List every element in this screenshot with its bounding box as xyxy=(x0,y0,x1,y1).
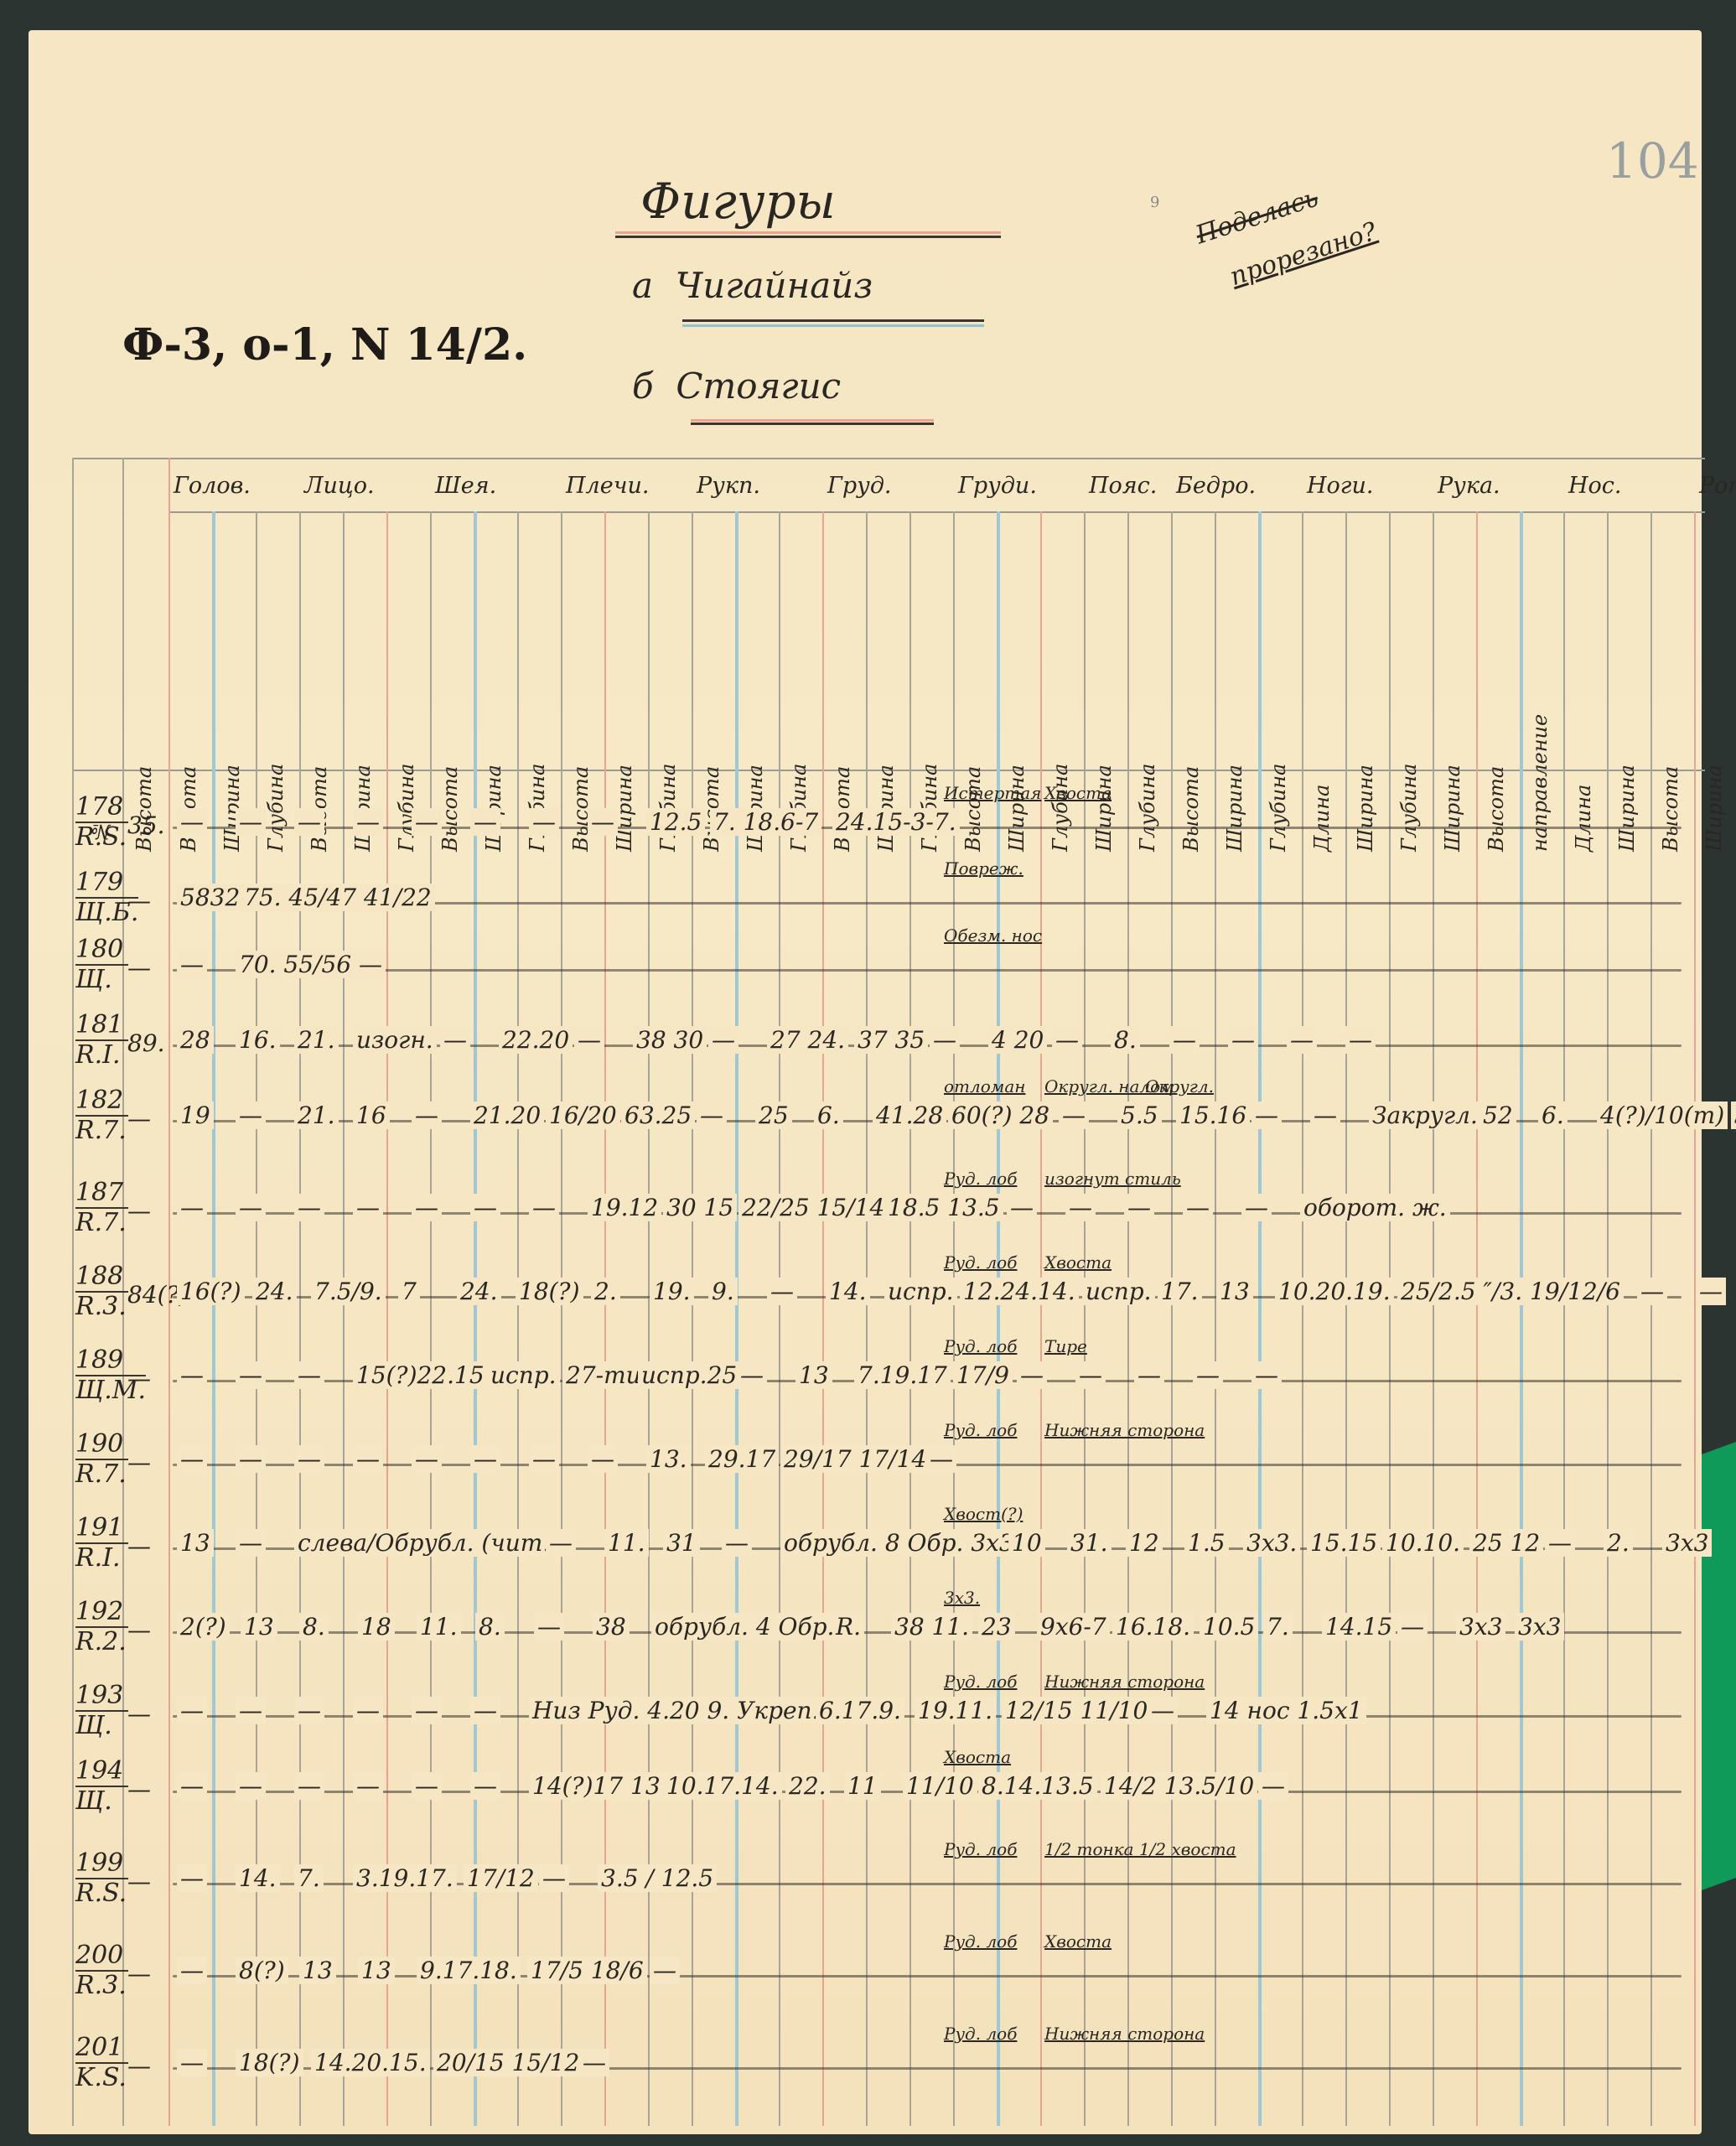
subtitle-a-marker: а xyxy=(632,265,653,306)
measurement-cell: — xyxy=(1007,1194,1037,1221)
height-value: 89. xyxy=(127,1029,165,1057)
measurement-cell: слева/Обрубл. (чит.) xyxy=(294,1529,562,1557)
measurement-cell: — xyxy=(294,1445,324,1473)
row-code: R.3. xyxy=(75,1971,127,2000)
measurement-cell: 21.20 xyxy=(470,1102,544,1129)
cell-annotation: Хвоста xyxy=(1044,783,1112,803)
measurement-cell: — xyxy=(177,2049,207,2076)
cell-annotation: Тире xyxy=(1044,1336,1087,1356)
measurement-cell: 18.5 13.5 xyxy=(884,1194,1003,1221)
sub-column-header: Ширина xyxy=(1223,550,1250,852)
cell-annotation: Обезм. нос xyxy=(944,925,1042,946)
measurement-cell: 38 xyxy=(593,1613,630,1641)
group-header: Голов. xyxy=(174,473,251,499)
sub-column-header: Глубина xyxy=(1267,550,1293,852)
sub-column-header: Глубина xyxy=(656,550,683,852)
cell-annotation: Руд. лоб xyxy=(944,1420,1017,1440)
measurement-cell: 19.11. xyxy=(915,1697,996,1724)
measurement-cell: — xyxy=(236,1194,266,1221)
column-rule xyxy=(72,458,74,2126)
measurement-cell: — xyxy=(1124,1194,1154,1221)
measurement-cell: 2(?) xyxy=(177,1613,230,1641)
measurement-cell: — xyxy=(529,1194,559,1221)
table-top-rule xyxy=(72,458,1705,459)
sub-column-header: Ширина xyxy=(1005,550,1032,852)
measurement-cell: 15.16 xyxy=(1176,1102,1250,1129)
measurement-cell: — xyxy=(353,1194,383,1221)
measurement-cell: — xyxy=(1241,1194,1272,1221)
measurement-cell: 25/2.5 ″/3. 19/12/6 xyxy=(1397,1278,1624,1305)
measurement-cell: 1.5 xyxy=(1184,1529,1229,1557)
group-header: Груди. xyxy=(958,473,1037,499)
row-code: R.7. xyxy=(75,1116,127,1145)
measurement-cell: 29/17 17/14 xyxy=(780,1445,930,1473)
measurement-cell: — xyxy=(1169,1026,1200,1054)
sub-column-header: Глубина xyxy=(526,550,552,852)
sub-column-header: Высота xyxy=(1659,550,1686,852)
measurement-cell: 13. xyxy=(646,1445,691,1473)
measurement-cell: — xyxy=(529,808,559,836)
group-header: Бедро. xyxy=(1176,473,1256,499)
measurement-cell: — xyxy=(1397,1613,1428,1641)
cell-annotation: Руд. лоб xyxy=(944,1931,1017,1952)
cell-annotation: Округл. xyxy=(1145,1076,1214,1096)
sub-column-header: Ширина xyxy=(1615,550,1642,852)
measurement-cell: 8. xyxy=(299,1613,329,1641)
measurement-cell: 19. xyxy=(650,1278,694,1305)
measurement-cell: — xyxy=(588,808,618,836)
measurement-cell: 19 xyxy=(177,1102,214,1129)
row-number: 181 xyxy=(75,1011,128,1041)
measurement-cell: 8.14.13.5 xyxy=(978,1772,1097,1800)
document-title: Фигуры xyxy=(640,173,836,230)
measurement-cell: 7. xyxy=(294,1864,324,1892)
measurement-cell: — xyxy=(412,1194,442,1221)
group-header: Лицо. xyxy=(304,473,375,499)
measurement-cell: 12.24.14. xyxy=(960,1278,1079,1305)
cell-annotation: Руд. лоб xyxy=(944,1672,1017,1692)
measurement-cell: — xyxy=(767,1278,797,1305)
group-header: Рука. xyxy=(1438,473,1500,499)
measurement-cell: 75. 45/47 41/22 xyxy=(241,884,435,911)
measurement-cell: 3x3 xyxy=(1731,1102,1736,1129)
measurement-cell: 14. xyxy=(826,1278,870,1305)
height-value: — xyxy=(127,1616,151,1644)
measurement-cell: — xyxy=(1017,1361,1047,1389)
measurement-cell: — xyxy=(1258,1772,1288,1800)
sub-column-header: Высота xyxy=(1179,550,1206,852)
measurement-cell: 38 30 xyxy=(633,1026,707,1054)
measurement-cell: — xyxy=(236,808,266,836)
measurement-cell: — xyxy=(546,1529,576,1557)
row-number: 190 xyxy=(75,1430,128,1460)
cell-annotation: Руд. лоб xyxy=(944,1839,1017,1859)
measurement-cell: 12.5 xyxy=(646,808,705,836)
sub-column-header: Ширина xyxy=(482,550,509,852)
row-number: 201 xyxy=(75,2034,128,2064)
measurement-cell: 14.15 xyxy=(1322,1613,1396,1641)
measurement-cell: 25 xyxy=(755,1102,792,1129)
subtitle-b-text: Стоягис xyxy=(676,365,841,407)
cell-annotation: Руд. лоб xyxy=(944,2024,1017,2044)
sub-column-header: Глубина xyxy=(1049,550,1075,852)
row-identifier: 180Щ. xyxy=(75,936,128,994)
measurement-cell: 14/2 13.5/10 xyxy=(1101,1772,1257,1800)
measurement-cell: 9.17.18. xyxy=(417,1957,521,1984)
row-number: 199 xyxy=(75,1849,128,1879)
row-identifier: 200R.3. xyxy=(75,1941,128,2000)
measurement-cell: — xyxy=(579,2049,609,2076)
measurement-cell: 3.19.17. xyxy=(353,1864,457,1892)
measurement-cell: 12 xyxy=(1126,1529,1163,1557)
measurement-cell: 25 12 xyxy=(1469,1529,1543,1557)
cell-annotation: Нижняя сторона xyxy=(1044,1672,1205,1692)
sub-column-header: Глубина xyxy=(918,550,945,852)
measurement-cell: 17/12 xyxy=(464,1864,538,1892)
measurement-cell: — xyxy=(412,1445,442,1473)
measurement-cell: 13 xyxy=(299,1957,336,1984)
measurement-cell: 9x6-7 xyxy=(1037,1613,1110,1641)
measurement-cell: 29.17 xyxy=(705,1445,779,1473)
row-code: Щ. xyxy=(75,1786,112,1816)
measurement-cell: — xyxy=(574,1026,604,1054)
row-identifier: 188R.3. xyxy=(75,1262,128,1321)
height-value: — xyxy=(127,1868,151,1895)
measurement-cell: 37 35 xyxy=(854,1026,928,1054)
row-number: 188 xyxy=(75,1262,128,1293)
cell-annotation: Хвост(?) xyxy=(944,1504,1023,1524)
measurement-cell: 10 xyxy=(1008,1529,1045,1557)
sub-column-header: Ширина xyxy=(1702,550,1729,852)
measurement-cell: — xyxy=(470,1445,500,1473)
sub-column-header: Высота xyxy=(1485,550,1511,852)
measurement-cell: 17/5 18/6 xyxy=(527,1957,647,1984)
measurement-cell: 13 xyxy=(177,1529,214,1557)
measurement-cell: — xyxy=(236,1697,266,1724)
row-identifier: 193Щ. xyxy=(75,1682,128,1740)
group-header: Пояс. xyxy=(1089,473,1157,499)
row-code: R.3. xyxy=(75,1292,127,1321)
sub-column-header: Высота xyxy=(961,550,988,852)
measurement-cell: — xyxy=(177,1361,207,1389)
sub-column-header: Глубина xyxy=(787,550,814,852)
sub-column-header: Ширина xyxy=(744,550,770,852)
measurement-cell: 60(?) 28 xyxy=(948,1102,1053,1129)
measurement-cell: — xyxy=(177,1194,207,1221)
measurement-cell: 7. xyxy=(1263,1613,1293,1641)
measurement-cell: 31 xyxy=(663,1529,700,1557)
measurement-cell: — xyxy=(177,1445,207,1473)
measurement-cell: 2. xyxy=(1604,1529,1633,1557)
cell-annotation: Руд. лоб xyxy=(944,1336,1017,1356)
measurement-cell: — xyxy=(926,1445,956,1473)
height-value: — xyxy=(127,2052,151,2080)
measurement-cell: 14. xyxy=(236,1864,280,1892)
sub-column-header: направление xyxy=(1528,550,1555,852)
subtitle-b: б Стоягис xyxy=(632,365,841,407)
measurement-cell: 16. xyxy=(236,1026,280,1054)
measurement-cell: 7 xyxy=(398,1278,420,1305)
row-number: 200 xyxy=(75,1941,128,1972)
height-value: — xyxy=(127,1105,151,1133)
cell-annotation: Руд. лоб xyxy=(944,1169,1017,1189)
measurement-cell: — xyxy=(412,1102,442,1129)
row-code: Щ. xyxy=(75,1711,112,1740)
measurement-cell: — xyxy=(470,1697,500,1724)
measurement-cell: — xyxy=(294,1361,324,1389)
sub-column-header: Высота xyxy=(308,550,334,852)
measurement-cell: 22.20 xyxy=(499,1026,573,1054)
measurement-cell: — xyxy=(1052,1026,1082,1054)
sub-column-header: Глубина xyxy=(264,550,291,852)
measurement-cell: 3x3 xyxy=(1515,1613,1564,1641)
measurement-cell: — xyxy=(737,1361,767,1389)
page-number: 104 xyxy=(1606,132,1699,189)
row-identifier: 191R.I. xyxy=(75,1514,128,1573)
height-value: — xyxy=(127,1197,151,1225)
measurement-cell: 41.28 xyxy=(873,1102,946,1129)
measurement-cell: — xyxy=(650,1957,680,1984)
measurement-cell: 16(?) xyxy=(177,1278,245,1305)
measurement-cell: Закругл. xyxy=(1369,1102,1481,1129)
sub-column-header: Ширина xyxy=(220,550,247,852)
sub-column-header: Длина xyxy=(1310,550,1337,852)
measurement-cell: — xyxy=(588,1445,618,1473)
measurement-cell: 3x3 xyxy=(1456,1613,1505,1641)
row-code: R.S. xyxy=(75,822,127,852)
measurement-cell: — xyxy=(412,808,442,836)
measurement-cell: 13 xyxy=(358,1957,395,1984)
measurement-cell: — xyxy=(470,1194,500,1221)
measurement-cell: 5832 xyxy=(177,884,243,911)
measurement-cell: — xyxy=(177,1957,207,1984)
subtitle-a-underline xyxy=(682,319,984,322)
measurement-cell: испр. xyxy=(1082,1278,1155,1305)
measurement-cell: 15(?)22.15 xyxy=(353,1361,488,1389)
measurement-cell: 6.17.9. xyxy=(816,1697,904,1724)
measurement-cell: 10.20.19. xyxy=(1275,1278,1394,1305)
group-header: Рот. xyxy=(1699,473,1736,499)
measurement-cell: 24.15-3-7. xyxy=(832,808,960,836)
measurement-cell: 21. xyxy=(294,1102,339,1129)
measurement-cell: — xyxy=(1134,1361,1164,1389)
measurement-cell: — xyxy=(1075,1361,1106,1389)
row-number: 178 xyxy=(75,793,128,823)
measurement-cell: 20/15 15/12 xyxy=(433,2049,583,2076)
measurement-cell: 6. xyxy=(1538,1102,1568,1129)
height-value: — xyxy=(127,887,151,915)
measurement-cell: — xyxy=(1545,1529,1575,1557)
group-header: Рукп. xyxy=(697,473,760,499)
measurement-cell: 7. 18.6-7 xyxy=(710,808,821,836)
row-code: R.S. xyxy=(75,1879,127,1908)
measurement-cell: 18(?) xyxy=(236,2049,303,2076)
group-header: Груд. xyxy=(827,473,892,499)
measurement-cell: — xyxy=(1251,1361,1282,1389)
measurement-cell: — xyxy=(236,1361,266,1389)
measurement-cell: 52 xyxy=(1479,1102,1516,1129)
subtitle-a: а Чигайнайз xyxy=(632,265,873,306)
sub-column-header: Высота xyxy=(569,550,596,852)
measurement-cell: 3x3. xyxy=(1243,1529,1300,1557)
measurement-cell: — xyxy=(1193,1361,1223,1389)
measurement-cell: 7.5/9. xyxy=(311,1278,386,1305)
measurement-cell: 6. xyxy=(814,1102,843,1129)
measurement-cell: 28 xyxy=(177,1026,214,1054)
measurement-cell: — xyxy=(440,1026,470,1054)
measurement-cell: 19.12 xyxy=(588,1194,661,1221)
measurement-cell: 13 xyxy=(241,1613,277,1641)
row-code: K.S. xyxy=(75,2063,127,2092)
row-identifier: 190R.7. xyxy=(75,1430,128,1489)
height-value: — xyxy=(127,1960,151,1988)
measurement-cell: 14.20.15. xyxy=(311,2049,430,2076)
group-header: Шея. xyxy=(435,473,496,499)
measurement-cell: — xyxy=(1183,1194,1213,1221)
measurement-cell: 18 xyxy=(358,1613,395,1641)
measurement-cell: 16/20 xyxy=(546,1102,620,1129)
measurement-cell: — xyxy=(177,951,207,978)
empty-row-dash xyxy=(173,1975,1682,1978)
row-code: R.I. xyxy=(75,1040,121,1070)
measurement-cell: 8. xyxy=(475,1613,505,1641)
measurement-cell: 8. xyxy=(1111,1026,1140,1054)
measurement-cell: 3x3 xyxy=(1662,1529,1712,1557)
measurement-cell: 31. xyxy=(1067,1529,1112,1557)
measurement-cell: — xyxy=(1065,1194,1096,1221)
subtitle-b-marker: б xyxy=(632,365,654,407)
measurement-cell: — xyxy=(294,808,324,836)
subtitle-a-text: Чигайнайз xyxy=(676,265,873,306)
measurement-cell: 21. xyxy=(294,1026,339,1054)
height-value: 35. xyxy=(127,811,165,839)
measurement-cell: 12/15 11/10 xyxy=(1002,1697,1151,1724)
row-number: 191 xyxy=(75,1514,128,1544)
measurement-cell: 10.5 xyxy=(1200,1613,1258,1641)
row-identifier: 187R.7. xyxy=(75,1179,128,1237)
measurement-cell: R. xyxy=(832,1613,864,1641)
measurement-cell: — xyxy=(1696,1278,1726,1305)
measurement-cell: — xyxy=(1345,1026,1376,1054)
measurement-cell: 70. 55/56 — xyxy=(236,951,386,978)
measurement-cell: 24. xyxy=(252,1278,297,1305)
measurement-cell: 11. xyxy=(417,1613,461,1641)
measurement-cell: — xyxy=(177,1697,207,1724)
measurement-cell: 16 xyxy=(353,1102,390,1129)
sub-column-header: Ширина xyxy=(351,550,378,852)
subtitle-b-underline xyxy=(691,422,934,425)
column-rule xyxy=(1694,511,1696,2126)
measurement-cell: 13 xyxy=(1216,1278,1253,1305)
measurement-cell: — xyxy=(236,1772,266,1800)
cell-annotation: Хвоста xyxy=(1044,1252,1112,1273)
measurement-cell: 23 xyxy=(978,1613,1015,1641)
measurement-cell: — xyxy=(470,1772,500,1800)
measurement-cell: 22/25 15/14 xyxy=(738,1194,888,1221)
measurement-cell: 38 11. xyxy=(891,1613,972,1641)
cell-annotation: 1/2 тонка 1/2 хвоста xyxy=(1044,1839,1236,1859)
measurement-cell: оборот. ж. xyxy=(1300,1194,1450,1221)
cell-annotation: Руд. лоб xyxy=(944,1252,1017,1273)
measurement-cell: 15.15 xyxy=(1307,1529,1381,1557)
row-identifier: 181R.I. xyxy=(75,1011,128,1070)
height-value: — xyxy=(127,954,151,982)
measurement-cell: 13 xyxy=(795,1361,832,1389)
height-value: — xyxy=(127,1775,151,1803)
measurement-cell: — xyxy=(353,808,383,836)
measurement-cell: 10.17.14. xyxy=(663,1772,782,1800)
sub-column-header: Глубина xyxy=(1397,550,1424,852)
cell-annotation: 3x3. xyxy=(944,1588,980,1608)
measurement-cell: — xyxy=(412,1697,442,1724)
row-identifier: 201K.S. xyxy=(75,2034,128,2092)
measurement-cell: 4 20 xyxy=(988,1026,1047,1054)
row-code: R.2. xyxy=(75,1627,127,1656)
row-identifier: 178R.S. xyxy=(75,793,128,852)
measurement-cell: — xyxy=(1287,1026,1317,1054)
measurement-cell: 11. xyxy=(604,1529,649,1557)
row-code: R.7. xyxy=(75,1208,127,1237)
height-value: — xyxy=(127,1700,151,1728)
row-number: 194 xyxy=(75,1757,128,1787)
measurement-cell: Низ Руд. 4.20 9. Укреп. xyxy=(529,1697,823,1724)
measurement-cell: — xyxy=(177,808,207,836)
document-page: Фигуры а Чигайнайз б Стоягис Ф-3, о-1, N… xyxy=(29,30,1702,2134)
row-identifier: 199R.S. xyxy=(75,1849,128,1908)
cell-annotation: Хвоста xyxy=(944,1747,1011,1767)
measurement-cell: изогн. xyxy=(353,1026,437,1054)
measurement-cell: испр. xyxy=(884,1278,957,1305)
sub-column-header: Ширина xyxy=(874,550,901,852)
group-header: Ноги. xyxy=(1307,473,1373,499)
sub-column-header: Ширина xyxy=(613,550,640,852)
measurement-cell: — xyxy=(294,1772,324,1800)
sub-column-header: Высота xyxy=(177,550,204,852)
measurement-cell: — xyxy=(1059,1102,1089,1129)
measurement-cell: 5.5 xyxy=(1117,1102,1162,1129)
archive-reference: Ф-3, о-1, N 14/2. xyxy=(122,319,527,371)
row-code: Щ. xyxy=(75,965,112,994)
group-header-rule xyxy=(168,511,1705,513)
measurement-cell: — xyxy=(1251,1102,1282,1129)
measurement-cell: — xyxy=(539,1864,569,1892)
measurement-cell: 24. xyxy=(457,1278,501,1305)
row-identifier: 192R.2. xyxy=(75,1598,128,1656)
measurement-cell: — xyxy=(529,1445,559,1473)
sub-column-header: Длина xyxy=(1572,550,1599,852)
measurement-cell: 14 нос 1.5x1 xyxy=(1206,1697,1366,1724)
measurement-cell: — xyxy=(1228,1026,1258,1054)
measurement-cell: — xyxy=(177,1864,207,1892)
row-number: 187 xyxy=(75,1179,128,1209)
measurement-cell: — xyxy=(353,1697,383,1724)
measurement-cell: — xyxy=(697,1102,727,1129)
measurement-cell: 27-ти xyxy=(562,1361,645,1389)
measurement-cell: 22. xyxy=(785,1772,830,1800)
empty-row-dash xyxy=(173,969,1682,972)
measurement-cell: 17. xyxy=(1158,1278,1202,1305)
row-number: 193 xyxy=(75,1682,128,1712)
measurement-cell: — xyxy=(412,1772,442,1800)
sub-column-header: Ширина xyxy=(1441,550,1468,852)
row-number: 192 xyxy=(75,1598,128,1628)
measurement-cell: — xyxy=(177,1772,207,1800)
measurement-cell: 30 15 xyxy=(663,1194,737,1221)
measurement-cell: — xyxy=(353,1772,383,1800)
measurement-cell: 3.5 / 12.5 xyxy=(598,1864,717,1892)
row-number: 182 xyxy=(75,1086,128,1117)
measurement-cell: испр.25 xyxy=(638,1361,740,1389)
